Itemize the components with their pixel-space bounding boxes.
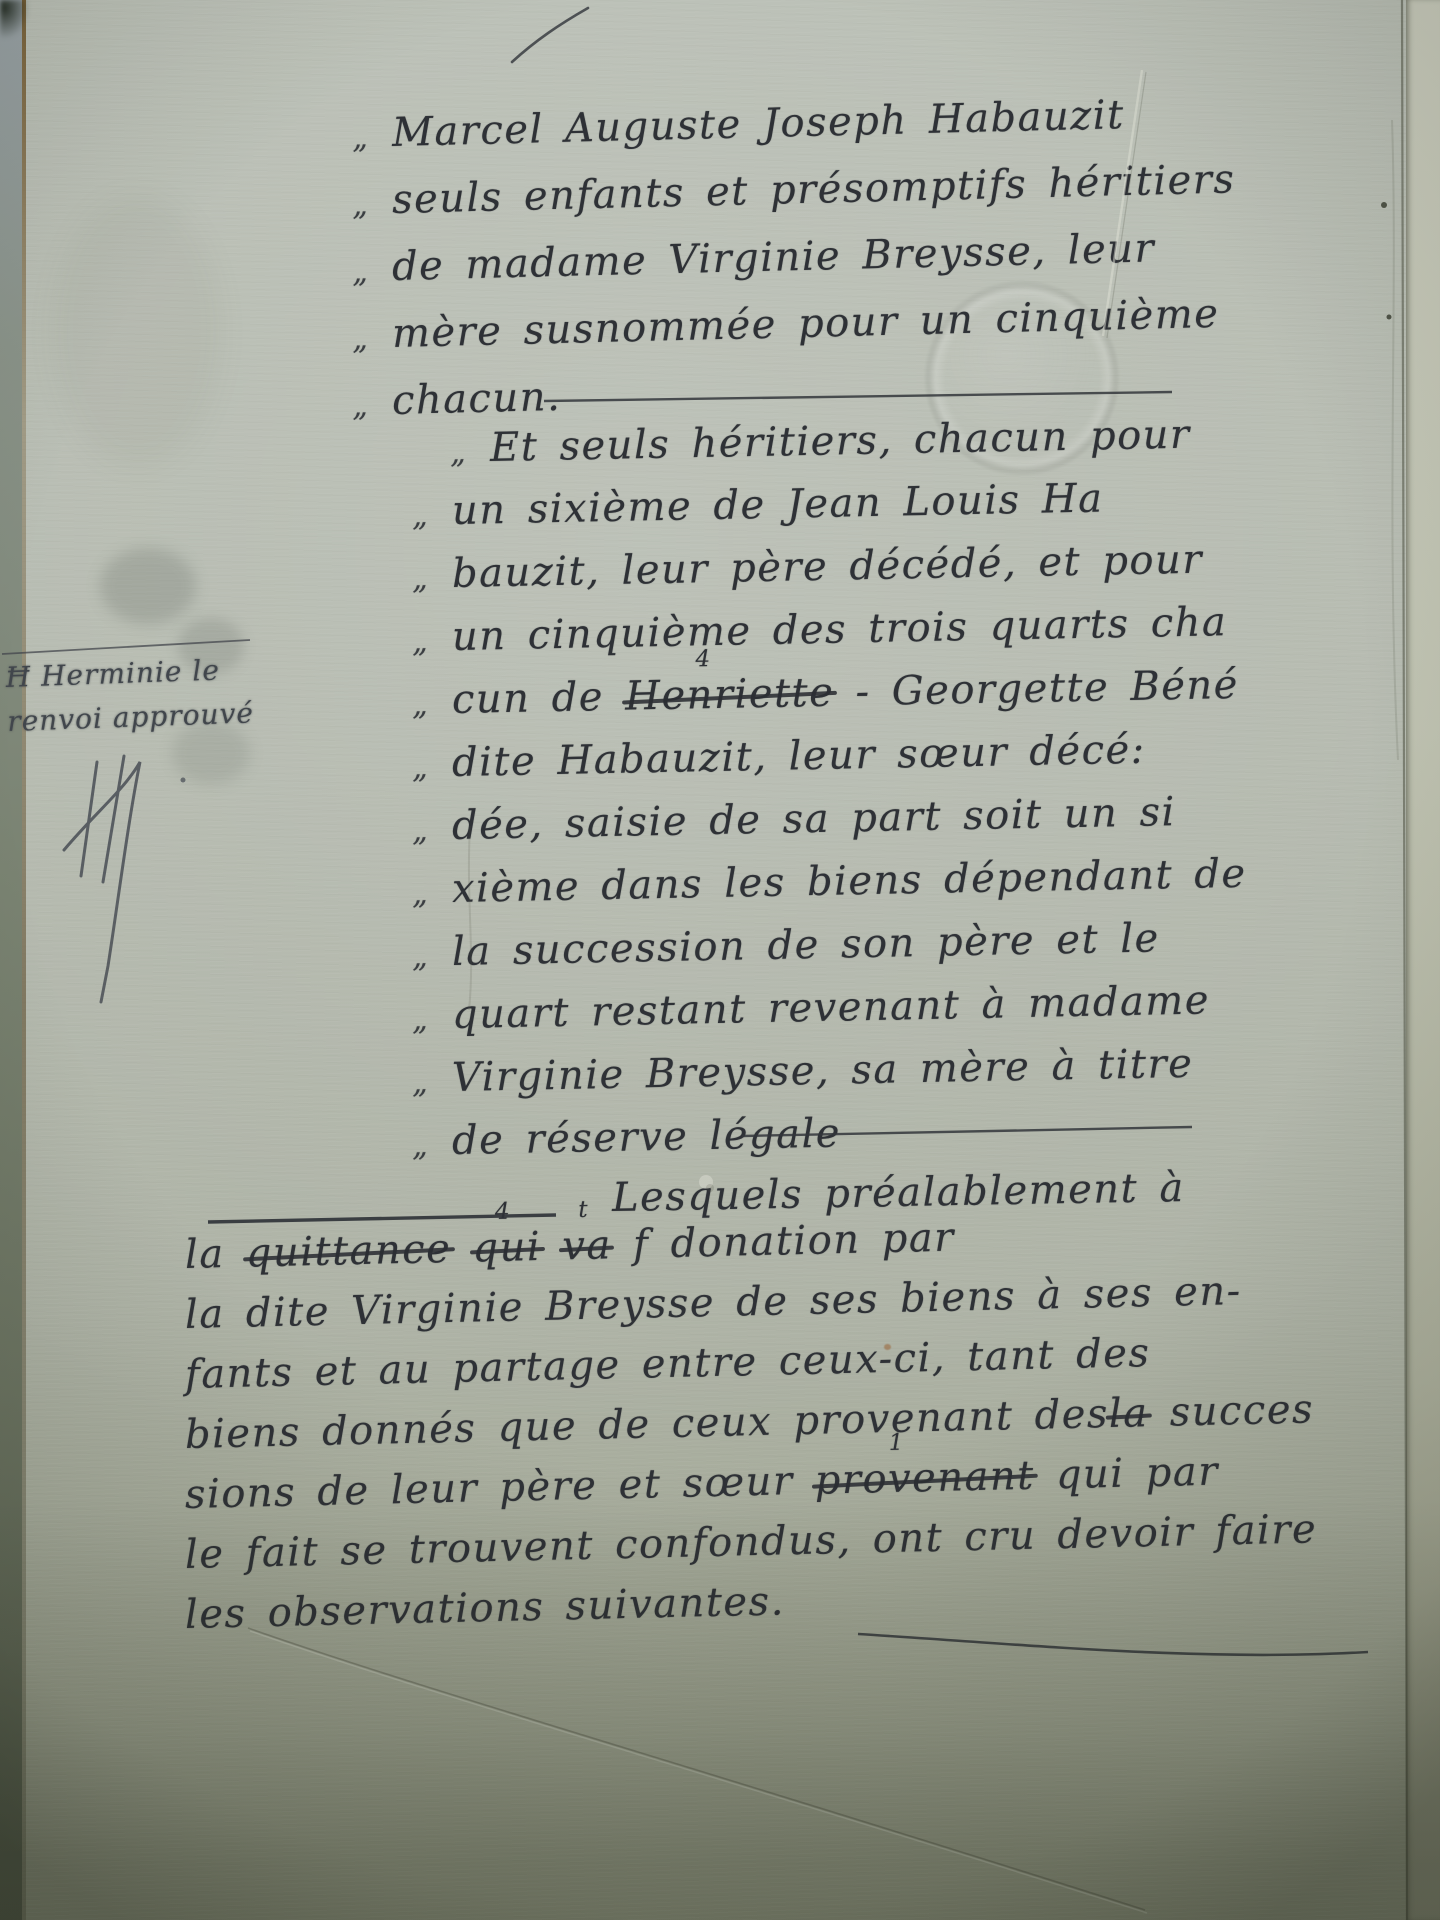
manuscript-text: quart restant revenant à madame [452,977,1211,1038]
struck-word: quittance [245,1226,451,1277]
quote-mark: „ [412,561,430,596]
manuscript-line: „quart restant revenant à madame [452,977,1211,1038]
quote-mark: „ [450,435,468,470]
manuscript-text: bauzit, leur père décédé, et pour [452,537,1204,597]
margin-note-text: Herminie le [40,654,220,693]
manuscript-line: sions de leur père et sœur provenant1 qu… [184,1449,1219,1518]
manuscript-line: „seuls enfants et présomptifs héritiers [391,156,1235,223]
manuscript-text: xième dans les biens dépendant de [452,851,1247,912]
manuscript-text: de madame Virginie Breysse, leur [391,225,1155,290]
manuscript-line: „chacun. [391,374,561,424]
manuscript-line: „un cinquième des trois quarts cha [452,599,1228,660]
manuscript-text: un cinquième des trois quarts cha [452,599,1228,660]
renvoi-wrap: qui4 [472,1224,542,1272]
manuscript-line: le fait se trouvent confondus, ont cru d… [184,1506,1317,1578]
manuscript-text: seuls enfants et présomptifs héritiers [391,156,1235,223]
renvoi-mark: t [578,1197,588,1223]
renvoi-wrap: provenant1 [814,1453,1035,1504]
manuscript-text: de réserve légale [452,1111,842,1164]
quote-mark: „ [352,322,370,357]
manuscript-line: „xième dans les biens dépendant de [452,851,1247,912]
quote-mark: „ [352,389,370,424]
renvoi-mark: Ħ [5,660,32,694]
quote-mark: „ [412,624,430,659]
manuscript-line: la quittance qui4 vat f donation par [184,1215,955,1278]
quote-mark: „ [412,750,430,785]
manuscript-line: „bauzit, leur père décédé, et pour [452,537,1204,597]
manuscript-text: mère susnommée pour un cinquième [391,291,1219,357]
manuscript-photo: „Marcel Auguste Joseph Habauzit„seuls en… [0,0,1440,1920]
manuscript-text: Et seuls héritiers, chacun pour [490,412,1191,471]
struck-word: Henriette [625,670,835,720]
manuscript-line: biens donnés que de ceux provenant desla… [184,1386,1314,1458]
manuscript-line: „de madame Virginie Breysse, leur [391,225,1155,290]
manuscript-text [541,1223,563,1269]
quote-mark: „ [412,498,430,533]
manuscript-text: f donation par [611,1215,955,1269]
manuscript-text: sions de leur père et sœur [184,1458,815,1518]
struck-word: la [1108,1390,1149,1437]
manuscript-text: dée, saisie de sa part soit un si [452,789,1177,849]
quote-mark: „ [412,1002,430,1037]
struck-word: va [562,1222,612,1269]
manuscript-line: fants et au partage entre ceux-ci, tant … [184,1330,1150,1398]
quote-mark: „ [352,121,370,156]
renvoi-wrap: vat [562,1222,612,1269]
quote-mark: „ [412,1065,430,1100]
manuscript-line: „Marcel Auguste Joseph Habauzit [391,92,1125,156]
quote-mark: „ [412,687,430,722]
handwriting-layer: „Marcel Auguste Joseph Habauzit„seuls en… [0,0,1440,1920]
quote-mark: „ [412,939,430,974]
manuscript-text: la succession de son père et le [452,915,1161,975]
margin-note: Ħ Herminie le renvoi approuvé [5,646,288,744]
quote-mark: „ [352,255,370,290]
manuscript-line: „la succession de son père et le [452,915,1161,975]
manuscript-text: biens donnés que de ceux provenant des [184,1391,1109,1458]
manuscript-text: un sixième de Jean Louis Ha [452,475,1104,534]
manuscript-line: „un sixième de Jean Louis Ha [452,475,1104,534]
manuscript-text: la dite Virginie Breysse de ses biens à … [184,1268,1242,1338]
manuscript-line: „mère susnommée pour un cinquième [391,291,1219,357]
manuscript-text: le fait se trouvent confondus, ont cru d… [184,1506,1317,1578]
struck-word: qui [472,1224,542,1272]
manuscript-line: „dite Habauzit, leur sœur décé: [452,727,1147,786]
renvoi-wrap: Henriette4 [625,670,835,720]
manuscript-text: Marcel Auguste Joseph Habauzit [391,92,1125,156]
struck-word: provenant [814,1453,1035,1504]
manuscript-text: Lesquels préalablement à [612,1165,1186,1221]
renvoi-mark: 4 [695,646,710,672]
manuscript-text: qui par [1034,1449,1219,1499]
manuscript-text [451,1225,473,1271]
manuscript-line: „Virginie Breysse, sa mère à titre [452,1041,1194,1101]
quote-mark: „ [412,876,430,911]
manuscript-text: cun de [452,674,626,723]
manuscript-line: „cun de Henriette4 - Georgette Béné [452,662,1240,723]
manuscript-text: - Georgette Béné [834,662,1239,716]
manuscript-text: dite Habauzit, leur sœur décé: [452,727,1147,786]
manuscript-text: Virginie Breysse, sa mère à titre [452,1041,1194,1101]
manuscript-line: la dite Virginie Breysse de ses biens à … [184,1268,1242,1338]
manuscript-line: „dée, saisie de sa part soit un si [452,789,1177,849]
quote-mark: „ [412,813,430,848]
manuscript-text: chacun. [391,374,561,424]
manuscript-line: „Et seuls héritiers, chacun pour [490,412,1191,471]
manuscript-text: succes [1148,1386,1315,1436]
renvoi-mark: 1 [888,1430,903,1456]
manuscript-line: „de réserve légale [452,1111,842,1164]
renvoi-mark: 4 [495,1199,510,1225]
quote-mark: „ [412,1128,430,1163]
manuscript-text: la [184,1231,246,1278]
manuscript-text: les observations suivantes. [184,1578,785,1638]
manuscript-line: Lesquels préalablement à [612,1165,1186,1221]
manuscript-line: les observations suivantes. [184,1578,785,1638]
manuscript-text: fants et au partage entre ceux-ci, tant … [184,1330,1150,1398]
quote-mark: „ [352,188,370,223]
